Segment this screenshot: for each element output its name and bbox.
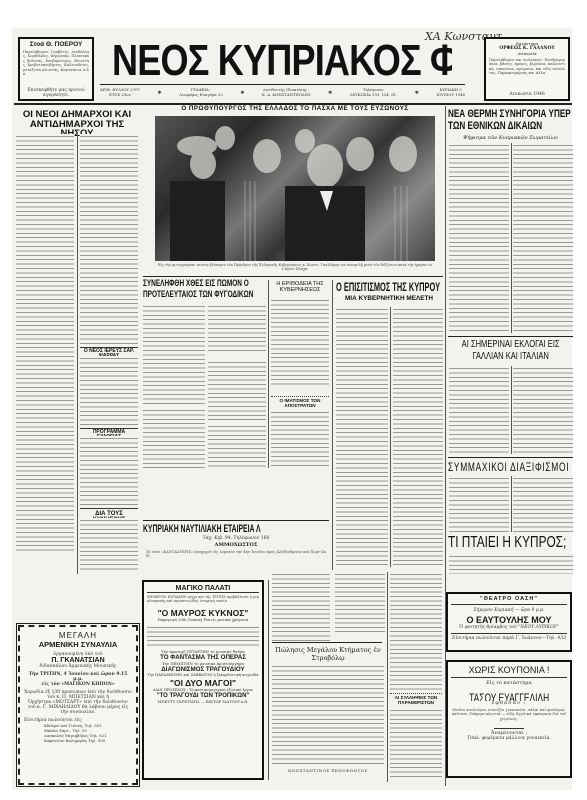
left-ear-ad: Στοά Θ. ΠΟΕΡΟΥ Παρελάβομεν: Γραβάτες, Δι… (18, 37, 94, 101)
center-col-text (272, 572, 330, 642)
masthead-title-wrap: ΝΕΟΣ ΚΥΠΡΙΑΚΟΣ ΦΥΛΑΞ (112, 38, 452, 84)
elections-bottom-rule (448, 457, 573, 458)
column-divider (390, 307, 391, 567)
fugitives-col-4 (143, 408, 205, 468)
concert-choir: Χορωδία ἐξ 130 προσώπων ὑπὸ τὴν διεύθυνσ… (24, 690, 132, 700)
column-divider (511, 476, 512, 532)
ornament-icon: ❖ (157, 90, 161, 96)
theatre-time: Σήμερον Κυριακὴ — ὥρα 9 μ.μ. (451, 608, 567, 613)
cyprus-fault-headline: ΤΙ ΠΤΑΙΕΙ Η ΚΥΠΡΟΣ; (448, 534, 541, 552)
column-divider (387, 572, 388, 782)
advocacy-col-2 (513, 143, 573, 331)
right-ear-footer: Λευκωσία 1946 (489, 92, 565, 97)
store-name-wrap: ΤΑΣΟΥ ΕΥΑΓΓΕΛΙΔΗ (451, 687, 567, 701)
magic-palace-ad: ΜΑΓΙΚΟ ΠΑΛΑΤΙ ΣΗΜΕΡΟΝ ΚΥΡΙΑΚΗΝ μέχρι καὶ… (142, 580, 264, 780)
govt-text (271, 298, 329, 388)
clothing-headline: Ο ΙΜΑΤΙΣΜΟΣ ΤΩΝ ΑΠΟΣΤΡΑΤΩΝ (271, 396, 329, 408)
advocacy-col-1 (449, 143, 509, 331)
allied-col-2 (513, 476, 573, 532)
photo-caption: Εἰς τὴν φωτογραφίαν ταύτην βλέπομεν τὸν … (158, 263, 432, 273)
masthead-info-item: ΓΡΑΦΕΙΑ :Λεωφόρος Ευαγόρα 22 (179, 88, 223, 97)
concert-orchestra: Ὀρχήστρα «ΜΟΤΣΑΡΤ» ὑπὸ τὴν διεύθυνσιν το… (24, 700, 132, 715)
column-divider (268, 580, 269, 780)
cinema-film-3: ΔΙΑΓΩΝΙΣΜΟΣ ΤΡΑΓΟΥΔΙΟΥ (147, 666, 259, 673)
estate-top-rule (272, 642, 382, 643)
advocacy-headline: ΝΕΑ ΘΕΡΜΗ ΣΥΝΗΓΟΡΙΑ ΥΠΕΡ ΤΩΝ ΕΘΝΙΚΩΝ ΔΙΚ… (448, 108, 573, 132)
theatre-venue: "ΘΕΑΤΡΟ ΟΑΣΗ" (451, 596, 567, 605)
shipping-title-wrap: ΚΥΠΡΙΑΚΗ ΝΑΥΤΙΛΙΑΚΗ ΕΤΑΙΡΕΙΑ Λ (143, 523, 329, 535)
column-divider (332, 280, 333, 570)
center-col-text-2 (335, 572, 385, 632)
new-priest-text (80, 356, 138, 426)
fugitives-col-5 (208, 424, 266, 468)
supply-headline-wrap: Ο ΕΠΙΣΙΤΙΣΜΟΣ ΤΗΣ ΚΥΠΡΟΥ (336, 280, 442, 294)
cinema-intro: ΣΗΜΕΡΟΝ ΚΥΡΙΑΚΗΝ μέχρι καὶ τῆς ΤΡΙΤΗΣ πρ… (147, 595, 259, 608)
right-ear-ad: Κατάστημα ΟΡΦΕΩΣ Κ. ΓΑΛΑΝΟΥ Λευκωσία Παρ… (484, 37, 570, 101)
allied-headline-wrap: ΣΥΜΜΑΧΙΚΟΙ ΔΙΑΞΙΦΙΣΜΟΙ (448, 460, 573, 474)
fugitives-col-1 (143, 304, 205, 404)
stones-text (390, 708, 442, 780)
supply-col-2 (393, 307, 443, 567)
right-ear-body: Παρελάβομεν και πωλούμεν: Πουδραμεράκια,… (489, 58, 565, 92)
hunters-text (80, 518, 138, 570)
masthead-info-bar: ΑΡΙΘ. ΦΥΛΛΟΥ 2707ΕΤΟΣ 23ον❖ΓΡΑΦΕΙΑ :Λεωφ… (100, 86, 465, 100)
elections-col-1 (449, 366, 509, 454)
store-arrived: ἔφθασαν : (451, 701, 567, 706)
cinema-film-4: "ΟΙ ΔΥΟ ΜΑΓΟΙ" (147, 678, 259, 688)
concert-when: Τὴν ΤΡΙΤΗΝ, 4 Ἰουνίου καὶ ὥραν 9.15 μ.μ. (24, 672, 132, 682)
ornament-icon: ❖ (240, 90, 244, 96)
stones-pre-text (390, 572, 442, 690)
supply-col-1 (336, 307, 388, 567)
shipping-city: ΑΜΜΟΧΩΣΤΟΣ (143, 542, 329, 548)
left-ear-title: Στοά Θ. ΠΟΕΡΟΥ (23, 41, 89, 48)
evangelidis-store-ad: ΧΩΡΙΣ ΚΟΥΠΟΝΙΑ ! Εἰς τὸ κατάστημα ΤΑΣΟΥ … (446, 660, 572, 778)
concert-title-2: ΑΡΜΕΝΙΚΗ ΣΥΝΑΥΛΙΑ (24, 640, 132, 649)
estate-text (272, 664, 384, 764)
fugitives-headline-wrap: ΣΥΝΕΛΗΦΘΗ ΧΘΕΣ ΕΙΣ ΠΩΜΟΝ Ο ΠΡΟΤΕΛΕΥΤΑΙΟΣ… (143, 279, 263, 301)
shipping-title: ΚΥΠΡΙΑΚΗ ΝΑΥΤΙΛΙΑΚΗ ΕΤΑΙΡΕΙΑ Λ (143, 523, 258, 535)
armenian-concert-ad: ΜΕΓΑΛΗ ΑΡΜΕΝΙΚΗ ΣΥΝΑΥΛΙΑ ὀργανουμένη ὑπὸ… (18, 625, 138, 785)
concert-org-desc: διδασκάλου Ἀρμενικῆς Μουσικῆς (24, 664, 132, 669)
concert-ticket-list: Ἀδελφοὶ καὶ Γιάννη, Τηλ. 503Μπάλα Χαρτ.,… (24, 723, 132, 743)
column-divider (511, 143, 512, 333)
ticket-outlet: Καφενεῖον Καλημερᾶς Τηλ. 905 (44, 738, 132, 743)
cinema-cast-text (147, 625, 259, 647)
column-divider (511, 366, 512, 454)
fugitives-col-3 (208, 360, 266, 420)
shipping-top-rule (143, 520, 329, 521)
store-items: Μεῖλαι κουλούρια, πιλοῦζαι γυναικεῖαι, σ… (451, 708, 567, 726)
cinema-title: ΜΑΓΙΚΟ ΠΑΛΑΤΙ (147, 585, 259, 593)
program-text (80, 436, 138, 506)
shipping-sub: Ταχ. Κιβ. 94. Τηλέφωνον 160 (143, 536, 329, 541)
allied-col-1 (449, 476, 509, 532)
masthead-info-item: Τηλέφωνα:ΛΕΥΚΩΣΙΑ 193, 154, 81. (350, 88, 398, 97)
masthead-info-item: ΑΡΙΘ. ΦΥΛΛΟΥ 2707ΕΤΟΣ 23ον (100, 88, 140, 97)
stones-headline: ΑΙ ΣΥΛΛΗΨΕΙΣ ΤΩΝ ΠΑΡΑΘΕΡΙΣΤΩΝ (390, 693, 442, 705)
cyprus-fault-wrap: ΤΙ ΠΤΑΙΕΙ Η ΚΥΠΡΟΣ; (448, 534, 573, 552)
masthead-info-item: ΚΥΡΙΑΚΗ 2ΙΟΥΝΙΟΥ 1946 (436, 88, 464, 97)
cyprus-fault-text (449, 554, 573, 574)
store-name: ΤΑΣΟΥ ΕΥΑΓΓΕΛΙΔΗ (469, 691, 549, 701)
theatre-oasis-ad: "ΘΕΑΤΡΟ ΟΑΣΗ" Σήμερον Κυριακὴ — ὥρα 9 μ.… (446, 592, 572, 652)
mayors-col-2 (80, 134, 138, 344)
store-pre: Εἰς τὸ κατάστημα (451, 681, 567, 686)
estate-signature: ΚΩΝΣΤΑΝΤΙΝΟΣ ΞΕΝΟΦΩΝΤΟΣ (272, 768, 384, 773)
fugitives-col-2 (208, 304, 266, 354)
fugitives-headline: ΣΥΝΕΛΗΦΘΗ ΧΘΕΣ ΕΙΣ ΠΩΜΟΝ Ο ΠΡΟΤΕΛΕΥΤΑΙΟΣ… (143, 279, 263, 300)
estate-headline: Πώλησις Μεγάλου Κτήματος ἐν Στροβόλῳ (272, 646, 384, 662)
elections-headline: ΑΙ ΣΗΜΕΡΙΝΑΙ ΕΚΛΟΓΑΙ ΕΙΣ ΓΑΛΛΙΑΝ ΚΑΙ ΙΤΑ… (448, 339, 573, 362)
left-ear-body: Παρελάβομεν: Γραβάτες, Διαδέλλας, Κορδέλ… (23, 50, 89, 88)
advocacy-headline-wrap: ΝΕΑ ΘΕΡΜΗ ΣΥΝΗΓΟΡΙΑ ΥΠΕΡ ΤΩΝ ΕΘΝΙΚΩΝ ΔΙΚ… (448, 108, 573, 134)
elections-headline-wrap: ΑΙ ΣΗΜΕΡΙΝΑΙ ΕΚΛΟΓΑΙ ΕΙΣ ΓΑΛΛΙΑΝ ΚΑΙ ΙΤΑ… (448, 339, 573, 363)
theatre-tickets: Εἰσιτήρια πωλοῦνται παρὰ Γ. Ἰωάννου—Τηλ.… (451, 633, 567, 641)
supply-headline: Ο ΕΠΙΣΙΤΙΣΜΟΣ ΤΗΣ ΚΥΠΡΟΥ (336, 280, 402, 294)
news-photo-evzones (155, 116, 435, 261)
mayors-col-1 (16, 134, 74, 554)
left-ear-footer: Επισκεφθήτε μας προτού αγοράσητε. (23, 88, 89, 98)
cinema-film-2: ΤΟ ΦΑΝΤΑΣΜΑ ΤΗΣ ΟΠΕΡΑΣ (147, 654, 259, 661)
advocacy-subheadline: Ψήφισμα τῶν Κυπριακῶν Σωματείων (448, 135, 573, 141)
right-ear-subtitle: Λευκωσία (489, 51, 565, 56)
column-divider (268, 280, 269, 468)
shipping-body: Τὸ νέον «ΚΑΝΤΑΛΤΕΡΙΣ» ἀναχωρεῖ εἰς Λεμεσ… (146, 550, 326, 568)
concert-title-1: ΜΕΓΑΛΗ (24, 631, 132, 640)
supply-subheadline: ΜΙΑ ΚΥΒΕΡΝΗΤΙΚΗ ΜΕΛΕΤΗ (336, 296, 442, 302)
concert-organizer: Π. ΓΚΑΝΑΤΣΙΑΝ (24, 657, 132, 664)
allied-headline: ΣΥΜΜΑΧΙΚΟΙ ΔΙΑΞΙΦΙΣΜΟΙ (448, 460, 536, 474)
theatre-play: Ο ΕΑΥΤΟΥΛΗΣ ΜΟΥ (451, 615, 567, 625)
store-expected: Τσαλ. φορέματα μάλλινα γυναικεῖα. (451, 736, 567, 741)
ornament-icon: ❖ (328, 90, 332, 96)
ornament-icon: ❖ (415, 90, 419, 96)
theatre-desc: Ὁ φοιτητὴς θρίαμβος τοῦ "ΝΕΟΥ ΛΥΡΙΚΟΥ" (451, 625, 567, 630)
elections-col-2 (513, 366, 573, 454)
cinema-film-1: "Ο ΜΑΥΡΟΣ ΚΥΚΝΟΣ" (147, 608, 259, 618)
store-headline: ΧΩΡΙΣ ΚΟΥΠΟΝΙΑ ! (451, 665, 567, 678)
govt-headline: Η ΕΡΙΘΟΔΕΙΑ ΤΗΣ ΚΥΒΕΡΝΗΣΕΩΣ (270, 282, 330, 293)
photo-bottom-rule (143, 276, 443, 277)
masthead-rule (100, 84, 465, 85)
concert-where: εἰς τὸν «ΜΑΓΙΚΟΝ ΚΗΠΟΝ» (24, 682, 132, 687)
advocacy-bottom-rule (448, 336, 573, 337)
clothing-text (271, 410, 329, 468)
masthead-title: ΝΕΟΣ ΚΥΠΡΙΑΚΟΣ ΦΥΛΑΞ (112, 38, 391, 84)
masthead-info-item: Διευθυντής Ιδιοκτήτης :Κ. Α. ΚΩΝΣΤΑΝΤΙΝΙ… (262, 88, 311, 97)
cinema-film-1-desc: Παραγωγὴ 20th Century Fox εἰς φυσικὰ χρώ… (147, 618, 259, 623)
store-divider (494, 728, 524, 729)
column-divider (77, 134, 78, 574)
cinema-cast: ΜΠΕΤΤΥ ΓΚΡΕΫΜΠΛ — ΒΙΚΤΩΡ ΜΑΤΟΥΡ κ.ἄ. (147, 699, 259, 704)
photo-headline: Ο ΠΡΩΘΥΠΟΥΡΓΟΣ ΤΗΣ ΕΛΛΑΔΟΣ ΤΟ ΠΑΣΧΑ ΜΕ Τ… (150, 106, 440, 112)
